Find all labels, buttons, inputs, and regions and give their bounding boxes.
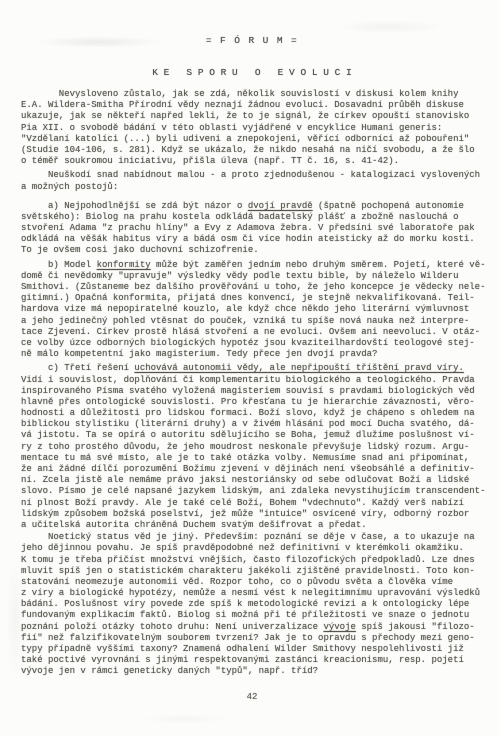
article-body: Nevysloveno zůstalo, jak se zdá, několik… [21, 89, 483, 678]
text-line: fií" než falzifikovatelným souborem tvrz… [21, 633, 483, 644]
text-line: mluvit spíš jen o statistickém charakter… [21, 566, 483, 577]
text-line: Smithovi. (Zůstaneme bez dalšího prověřo… [21, 282, 483, 293]
text-line: ukazuje, jak se někteří napřed lekli, že… [21, 111, 483, 122]
page-number: 42 [21, 692, 483, 703]
text-line: stvoření Adama "z prachu hlíny" a Evy z … [21, 223, 483, 234]
text-line: Nevysloveno zůstalo, jak se zdá, několik… [21, 89, 483, 100]
text-line: b) Model konformity může být zaměřen jed… [21, 260, 483, 271]
text-line: bádání. Poslušnost víry povede zde spíš … [21, 599, 483, 610]
text-line: ně málo kompetentní jako magisterium. Te… [21, 349, 483, 360]
text-line: Vidí i souvislost, doplňování či komplem… [21, 375, 483, 386]
text-line: K tomu je třeba přičíst množství vnějšíc… [21, 555, 483, 566]
forum-section-header: = F Ó R U M = [21, 35, 483, 46]
paper-smudge [140, 714, 230, 724]
text-line: typy případně vyššími taxony? Znamená od… [21, 644, 483, 655]
text-line: a možných postojů: [21, 182, 483, 193]
text-line: vývoje jen v rámci geneticky daných "typ… [21, 666, 483, 677]
paragraph: c) Třetí řešení uchovává autonomii vědy,… [21, 363, 483, 531]
text-line: a jeho jedinečný pohled vtěsnat do pouče… [21, 316, 483, 327]
text-line: tace Zjevení. Církev prostě hlásá stvoře… [21, 327, 483, 338]
underlined-text: uchovává autonomii vědy, ale nepřipouští… [134, 363, 463, 373]
paragraph: Noetický status věd je jiný. Především: … [21, 532, 483, 677]
text-line: o téměř soukromou iniciativu, přišla úle… [21, 156, 483, 167]
paragraph: Neuškodí snad nabídnout malou - a proto … [21, 170, 483, 192]
text-line: inspirovaného Písma svatého vyložená mag… [21, 386, 483, 397]
text-line: fundovaným explikacím faktů. Biolog si m… [21, 610, 483, 621]
text-line: "Vzdělaní katolíci (...) byli udiveni a … [21, 134, 483, 145]
text-line: (Studie 104-106, s. 281). Když se ukázal… [21, 145, 483, 156]
page-content: = F Ó R U M = K E S P O R U O E V O L U … [21, 0, 483, 703]
text-line: ní plnost Boží pravdy. Ale je také celé … [21, 498, 483, 509]
text-line: gitimní.) Opačná konformita, přijatá dne… [21, 293, 483, 304]
text-line: statování neomezuje autonomii věd. Rozpo… [21, 577, 483, 588]
text-line: a učitelská autorita chráněná Duchem sva… [21, 520, 483, 531]
text-line: Pia XII. o svobodě bádání v této oblasti… [21, 123, 483, 134]
underlined-text: vývoje [323, 622, 355, 632]
text-line: lidským způsobem božská poselství, jež m… [21, 509, 483, 520]
text-line: biblickou stylistiku (literární druhy) a… [21, 419, 483, 430]
text-line: slovo. Písmo je celé napsané jazykem lid… [21, 486, 483, 497]
underlined-text: konformity [97, 260, 151, 270]
paragraph: b) Model konformity může být zaměřen jed… [21, 260, 483, 361]
text-line: Neuškodí snad nabídnout malou - a proto … [21, 170, 483, 181]
text-line: E.A. Wildera-Smitha Přírodní vědy neznaj… [21, 100, 483, 111]
text-line: ní. Zcela jistě ale nemáme právo jaksi n… [21, 475, 483, 486]
underlined-text: dvojí pravdě [248, 201, 313, 211]
text-line: jeho dějinnou povahu. Je spíš pravděpodo… [21, 543, 483, 554]
text-line: domě či nevědomky "upravuje" výsledky vě… [21, 271, 483, 282]
text-line: že ani žádné dílčí porozumění Božímu zje… [21, 464, 483, 475]
text-line: ry z toho prostého důvodu, že jeho moudr… [21, 442, 483, 453]
document-page: = F Ó R U M = K E S P O R U O E V O L U … [0, 0, 500, 736]
article-title: K E S P O R U O E V O L U C I [21, 67, 483, 78]
text-line: vá jistotu. Ta se opírá o autoritu sdělu… [21, 430, 483, 441]
text-line: mentace tu má své místo, ale je to také … [21, 453, 483, 464]
text-line: z víry a biologické hypotézy, nemůže a n… [21, 588, 483, 599]
text-line: světského): Biolog na prahu kostela odkl… [21, 212, 483, 223]
text-line: hardova vize má nepopiratelné kouzlo, al… [21, 304, 483, 315]
text-line: také poctivé vyrovnání s jinými respekto… [21, 655, 483, 666]
text-line: a) Nejpohodlnější se zdá být názor o dvo… [21, 201, 483, 212]
paragraph: Nevysloveno zůstalo, jak se zdá, několik… [21, 89, 483, 167]
text-line: poznání položí otázky tohoto druhu: Není… [21, 622, 483, 633]
text-line: odkládá na věšák habitus víry a bádá osm… [21, 234, 483, 245]
paragraph: a) Nejpohodlnější se zdá být názor o dvo… [21, 201, 483, 257]
text-line: Noetický status věd je jiný. Především: … [21, 532, 483, 543]
text-line: ce volby úzce odborných biologických hyp… [21, 338, 483, 349]
text-line: hlavně přes ontologické souvislosti. Pro… [21, 397, 483, 408]
text-line: To je ovšem cosi jako duchovní schizofre… [21, 245, 483, 256]
text-line: c) Třetí řešení uchovává autonomii vědy,… [21, 363, 483, 374]
text-line: hodnosti a důležitosti pro lidskou forma… [21, 408, 483, 419]
